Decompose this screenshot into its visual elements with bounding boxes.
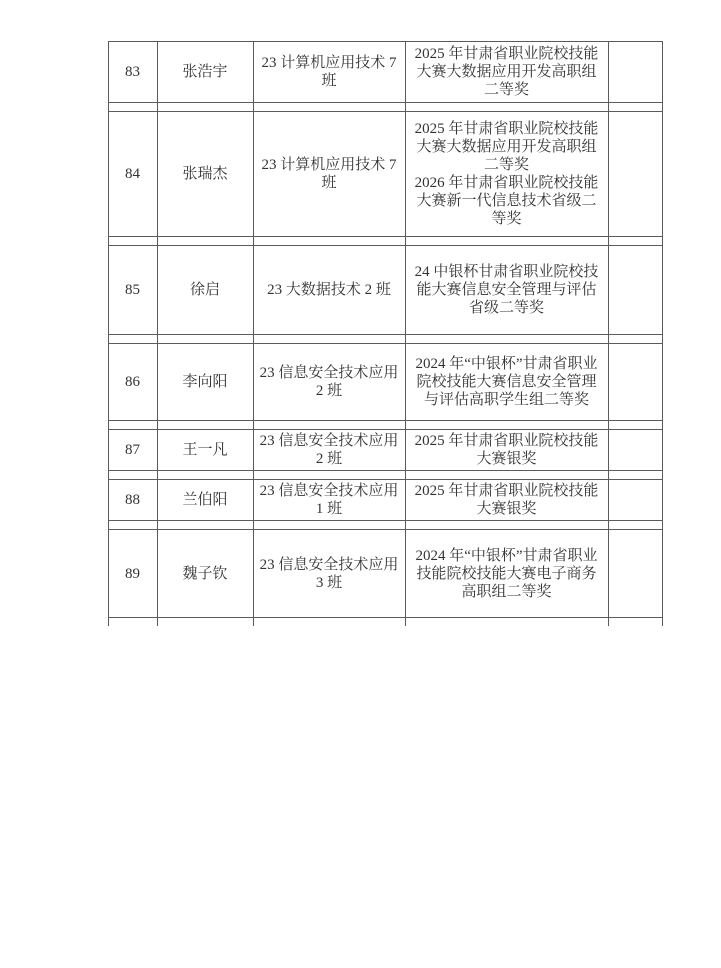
table-row: 83 张浩宇 23 计算机应用技术 7 班 2025 年甘肃省职业院校技能大赛大… — [108, 41, 663, 103]
awards-table: 83 张浩宇 23 计算机应用技术 7 班 2025 年甘肃省职业院校技能大赛大… — [108, 41, 663, 626]
cell-award: 2025 年甘肃省职业院校技能大赛银奖 — [405, 430, 608, 470]
cell-note — [608, 344, 663, 420]
award-text: 2024 年“中银杯”甘肃省职业院校技能大赛信息安全管理与评估高职学生组二等奖 — [413, 355, 600, 409]
cell-award: 2024 年“中银杯”甘肃省职业院校技能大赛信息安全管理与评估高职学生组二等奖 — [405, 344, 608, 420]
cell-class-name: 23 信息安全技术应用 2 班 — [253, 430, 405, 470]
cell-student-name: 张瑞杰 — [157, 112, 253, 236]
cell-row-number: 89 — [108, 530, 157, 617]
cell-note — [608, 42, 663, 102]
table-grid-line — [253, 41, 254, 626]
table-grid-line — [108, 41, 109, 626]
award-text: 2025 年甘肃省职业院校技能大赛大数据应用开发高职组二等奖 — [413, 120, 600, 174]
cell-student-name: 魏子钦 — [157, 530, 253, 617]
table-row: 85 徐启 23 大数据技术 2 班 24 中银杯甘肃省职业院校技能大赛信息安全… — [108, 245, 663, 335]
cell-note — [608, 246, 663, 334]
cell-award: 2025 年甘肃省职业院校技能大赛银奖 — [405, 480, 608, 520]
table-row: 87 王一凡 23 信息安全技术应用 2 班 2025 年甘肃省职业院校技能大赛… — [108, 429, 663, 471]
cell-row-number: 88 — [108, 480, 157, 520]
cell-student-name: 张浩宇 — [157, 42, 253, 102]
cell-student-name: 李向阳 — [157, 344, 253, 420]
cell-award: 2025 年甘肃省职业院校技能大赛大数据应用开发高职组二等奖 2026 年甘肃省… — [405, 112, 608, 236]
award-text: 2024 年“中银杯”甘肃省职业技能院校技能大赛电子商务高职组二等奖 — [413, 547, 600, 601]
table-grid-line — [405, 41, 406, 626]
table-grid-line — [157, 41, 158, 626]
cell-note — [608, 430, 663, 470]
cell-award: 2024 年“中银杯”甘肃省职业技能院校技能大赛电子商务高职组二等奖 — [405, 530, 608, 617]
document-page: 83 张浩宇 23 计算机应用技术 7 班 2025 年甘肃省职业院校技能大赛大… — [0, 0, 721, 968]
cell-note — [608, 112, 663, 236]
cell-award: 24 中银杯甘肃省职业院校技能大赛信息安全管理与评估省级二等奖 — [405, 246, 608, 334]
award-text: 2025 年甘肃省职业院校技能大赛大数据应用开发高职组二等奖 — [413, 45, 600, 99]
cell-class-name: 23 计算机应用技术 7 班 — [253, 42, 405, 102]
cell-class-name: 23 信息安全技术应用 1 班 — [253, 480, 405, 520]
cell-class-name: 23 信息安全技术应用 2 班 — [253, 344, 405, 420]
table-row: 89 魏子钦 23 信息安全技术应用 3 班 2024 年“中银杯”甘肃省职业技… — [108, 529, 663, 618]
cell-class-name: 23 计算机应用技术 7 班 — [253, 112, 405, 236]
cell-note — [608, 530, 663, 617]
cell-class-name: 23 信息安全技术应用 3 班 — [253, 530, 405, 617]
cell-row-number: 84 — [108, 112, 157, 236]
award-text: 2025 年甘肃省职业院校技能大赛银奖 — [413, 432, 600, 468]
cell-row-number: 83 — [108, 42, 157, 102]
table-row: 84 张瑞杰 23 计算机应用技术 7 班 2025 年甘肃省职业院校技能大赛大… — [108, 111, 663, 237]
cell-award: 2025 年甘肃省职业院校技能大赛大数据应用开发高职组二等奖 — [405, 42, 608, 102]
table-grid-line — [608, 41, 609, 626]
cell-note — [608, 480, 663, 520]
cell-student-name: 王一凡 — [157, 430, 253, 470]
cell-student-name: 徐启 — [157, 246, 253, 334]
award-text: 24 中银杯甘肃省职业院校技能大赛信息安全管理与评估省级二等奖 — [413, 263, 600, 317]
cell-student-name: 兰伯阳 — [157, 480, 253, 520]
cell-row-number: 85 — [108, 246, 157, 334]
award-text: 2025 年甘肃省职业院校技能大赛银奖 — [413, 482, 600, 518]
table-row: 88 兰伯阳 23 信息安全技术应用 1 班 2025 年甘肃省职业院校技能大赛… — [108, 479, 663, 521]
cell-row-number: 87 — [108, 430, 157, 470]
table-row: 86 李向阳 23 信息安全技术应用 2 班 2024 年“中银杯”甘肃省职业院… — [108, 343, 663, 421]
award-text: 2026 年甘肃省职业院校技能大赛新一代信息技术省级二等奖 — [413, 174, 600, 228]
cell-row-number: 86 — [108, 344, 157, 420]
table-grid-line — [662, 41, 663, 626]
cell-class-name: 23 大数据技术 2 班 — [253, 246, 405, 334]
